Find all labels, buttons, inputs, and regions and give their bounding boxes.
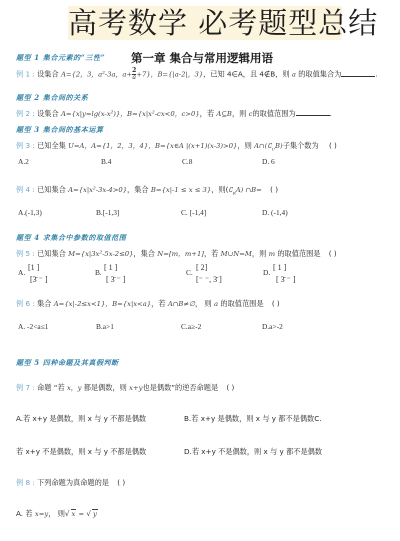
option-b: B.4: [101, 157, 111, 166]
math-expr: m: [269, 250, 275, 258]
math-expr: A={x|x²-3x-4>0}: [68, 186, 127, 194]
example-label: 例 1 :: [16, 70, 35, 79]
option-a: A. -2<a≤1: [18, 322, 48, 331]
math-expr: A={2，3，a²-3a，a+: [61, 71, 132, 79]
option-b: B.[-1,3]: [96, 208, 119, 217]
chapter-title: 第一章 集合与常用逻辑用语: [131, 50, 273, 66]
example-text: ，则: [252, 249, 266, 258]
option-a: A.若 x+y 是偶数，则 x 与 y 不都是偶数: [16, 414, 146, 424]
example-text: 已知集合: [37, 249, 66, 258]
example-label: 例 4 :: [16, 185, 35, 194]
option-d: D. 6: [262, 157, 275, 166]
math-expr: U=A，A={1，2，3，4}，B={x∈A |(x+1)(x-3)>0}: [68, 142, 237, 150]
example-text: ，若: [200, 109, 214, 118]
example-text: ，若: [151, 299, 165, 308]
math-expr: y: [92, 509, 98, 518]
example-text: ，集合: [133, 249, 155, 258]
example-text: 的取值范围为: [252, 109, 295, 118]
option-a: A.2: [18, 157, 29, 166]
math-expr: x+y: [129, 384, 142, 392]
option-a-top: [1 ]: [28, 262, 39, 273]
math-expr: x=y: [35, 510, 48, 518]
option-c-top: [ 2]: [196, 262, 207, 273]
example-text: 下列命题为真命题的是: [37, 478, 109, 487]
option-a-bottom: [3̄ ⁻ ]: [30, 274, 48, 285]
example-text: ，已知 4∈A，且 4∉B，则: [203, 70, 289, 79]
math-expr: A∩(∁: [254, 142, 272, 150]
example-3: 例 3 : 已知全集 U=A，A={1，2，3，4}，B={x∈A |(x+1)…: [16, 140, 337, 151]
option-text: A. 若: [16, 509, 33, 518]
math-expr: B={x|-1 ≤ x ≤ 3}: [151, 186, 211, 194]
answer-blank: [296, 109, 330, 116]
option-a: A.(-1,3): [18, 208, 42, 217]
option-d-top: [ 1 ]: [273, 262, 286, 273]
answer-paren: ( ): [270, 185, 278, 194]
math-expr: A∩B≠∅: [168, 300, 195, 308]
option-d: D.若 x+y 不是偶数，则 x 与 y 都不是偶数: [184, 447, 322, 457]
example-text: ，则(: [211, 185, 228, 194]
option-b-bottom: [ 3̄ ⁻ ]: [106, 274, 126, 285]
section-label-5: 题型 5 四种命题及其真假判断: [16, 358, 119, 368]
example-text: ，若: [204, 249, 218, 258]
example-label: 例 3 :: [16, 141, 35, 150]
example-label: 例 6 :: [16, 299, 35, 308]
math-expr: +7}，B={|a-2|，3}: [136, 71, 203, 79]
option-a: A. 若 x=y， 则√x = √y: [16, 509, 98, 519]
option-b: B.若 x+y 是偶数，则 x 与 y 都不是偶数C.: [184, 414, 322, 424]
math-expr: M={x|3x²-5x-2≤0}: [68, 250, 133, 258]
example-text: 命题 “若: [37, 383, 65, 392]
math-expr: x，y: [67, 384, 81, 392]
example-text: 都是偶数，则: [84, 383, 127, 392]
example-text: ，则: [232, 109, 246, 118]
example-text: 子集个数为: [283, 141, 319, 150]
period: .: [375, 70, 377, 79]
example-7: 例 7 : 命题 “若 x，y 都是偶数，则 x+y也是偶数”的逆否命题是 ( …: [16, 382, 234, 393]
example-8: 例 8 : 下列命题为真命题的是 ( ): [16, 478, 125, 488]
example-text: 设集合: [37, 70, 59, 79]
answer-paren: ( ): [329, 141, 337, 150]
math-expr: B): [275, 142, 283, 150]
example-label: 例 8 :: [16, 478, 35, 487]
answer-paren: ( ): [117, 478, 125, 487]
answer-paren: ( ): [226, 383, 234, 392]
math-expr: A={x|y=lg(x-x²)}，B={x|x²-cx<0，c>0}: [61, 110, 200, 118]
example-text: ，则: [237, 141, 251, 150]
option-a-letter: A.: [18, 268, 25, 277]
option-d: D.a>-2: [262, 322, 283, 331]
option-c: C. [-1,4]: [181, 208, 206, 217]
option-b: B.a>1: [96, 322, 114, 331]
example-text: 设集合: [37, 109, 59, 118]
example-2: 例 2 : 设集合 A={x|y=lg(x-x²)}，B={x|x²-cx<0，…: [16, 108, 332, 119]
option-c: 若 x+y 不是偶数，则 x 与 y 不都是偶数: [16, 447, 146, 457]
answer-paren: ( ): [329, 249, 337, 258]
math-expr: N=[m，m+1]: [157, 250, 204, 258]
option-c: C.a≥-2: [181, 322, 201, 331]
option-b-top: [ 1 ]: [104, 262, 117, 273]
example-label: 例 7 :: [16, 383, 35, 392]
math-expr: A={x|-2≤x<1}，B={x|x<a}: [54, 300, 151, 308]
section-label-1: 题型 1 集合元素的“三性”: [16, 53, 105, 63]
example-text: 的取值范围是: [277, 249, 320, 258]
option-d-bottom: [ 3̄ ⁻ ]: [276, 274, 296, 285]
math-expr: a: [214, 300, 218, 308]
answer-paren: ( ): [272, 299, 280, 308]
section-label-2: 题型 2 集合间的关系: [16, 93, 88, 103]
example-4: 例 4 : 已知集合 A={x|x²-3x-4>0}，集合 B={x|-1 ≤ …: [16, 185, 278, 195]
example-6: 例 6 : 集合 A={x|-2≤x<1}，B={x|x<a}，若 A∩B≠∅，…: [16, 298, 280, 309]
option-c-bottom: [⁻ ⁻, 3̄ ]: [196, 274, 222, 285]
example-1: 例 1 : 设集合 A={2，3，a²-3a，a+2a+7}，B={|a-2|，…: [16, 68, 378, 81]
example-label: 例 5 :: [16, 249, 35, 258]
example-text: 的取值范围是: [220, 299, 263, 308]
example-label: 例 2 :: [16, 109, 35, 118]
option-c: C.8: [182, 157, 192, 166]
example-text: 已知全集: [37, 141, 66, 150]
option-b-letter: B.: [95, 268, 102, 277]
section-label-3: 题型 3 集合间的基本运算: [16, 125, 104, 135]
equals-sign: =: [76, 510, 86, 518]
math-expr: a: [292, 71, 296, 79]
example-5: 例 5 : 已知集合 M={x|3x²-5x-2≤0}，集合 N=[m，m+1]…: [16, 248, 337, 259]
example-text: ，集合: [127, 185, 149, 194]
option-c-letter: C.: [186, 268, 193, 277]
option-d-letter: D.: [263, 268, 270, 277]
section-label-4: 题型 4 求集合中参数的取值范围: [16, 233, 126, 243]
sqrt-icon: √: [86, 509, 91, 518]
example-text: ， 则: [195, 299, 212, 308]
option-text: ， 则: [48, 509, 65, 518]
period: .: [330, 109, 332, 118]
example-text: 的取值集合为: [298, 70, 341, 79]
math-expr: A) ∩B=: [236, 186, 262, 194]
option-d: D. (-1,4): [262, 208, 288, 217]
example-text: 已知集合: [37, 185, 66, 194]
math-expr: A⊆B: [216, 110, 232, 118]
page-title: 高考数学 必考题型总结: [68, 5, 342, 41]
example-text: 也是偶数”的逆否命题是: [143, 383, 219, 392]
sqrt-icon: √: [65, 509, 70, 518]
math-expr: M∪N=M: [221, 250, 252, 258]
example-text: 集合: [37, 299, 51, 308]
answer-blank: [341, 70, 375, 77]
